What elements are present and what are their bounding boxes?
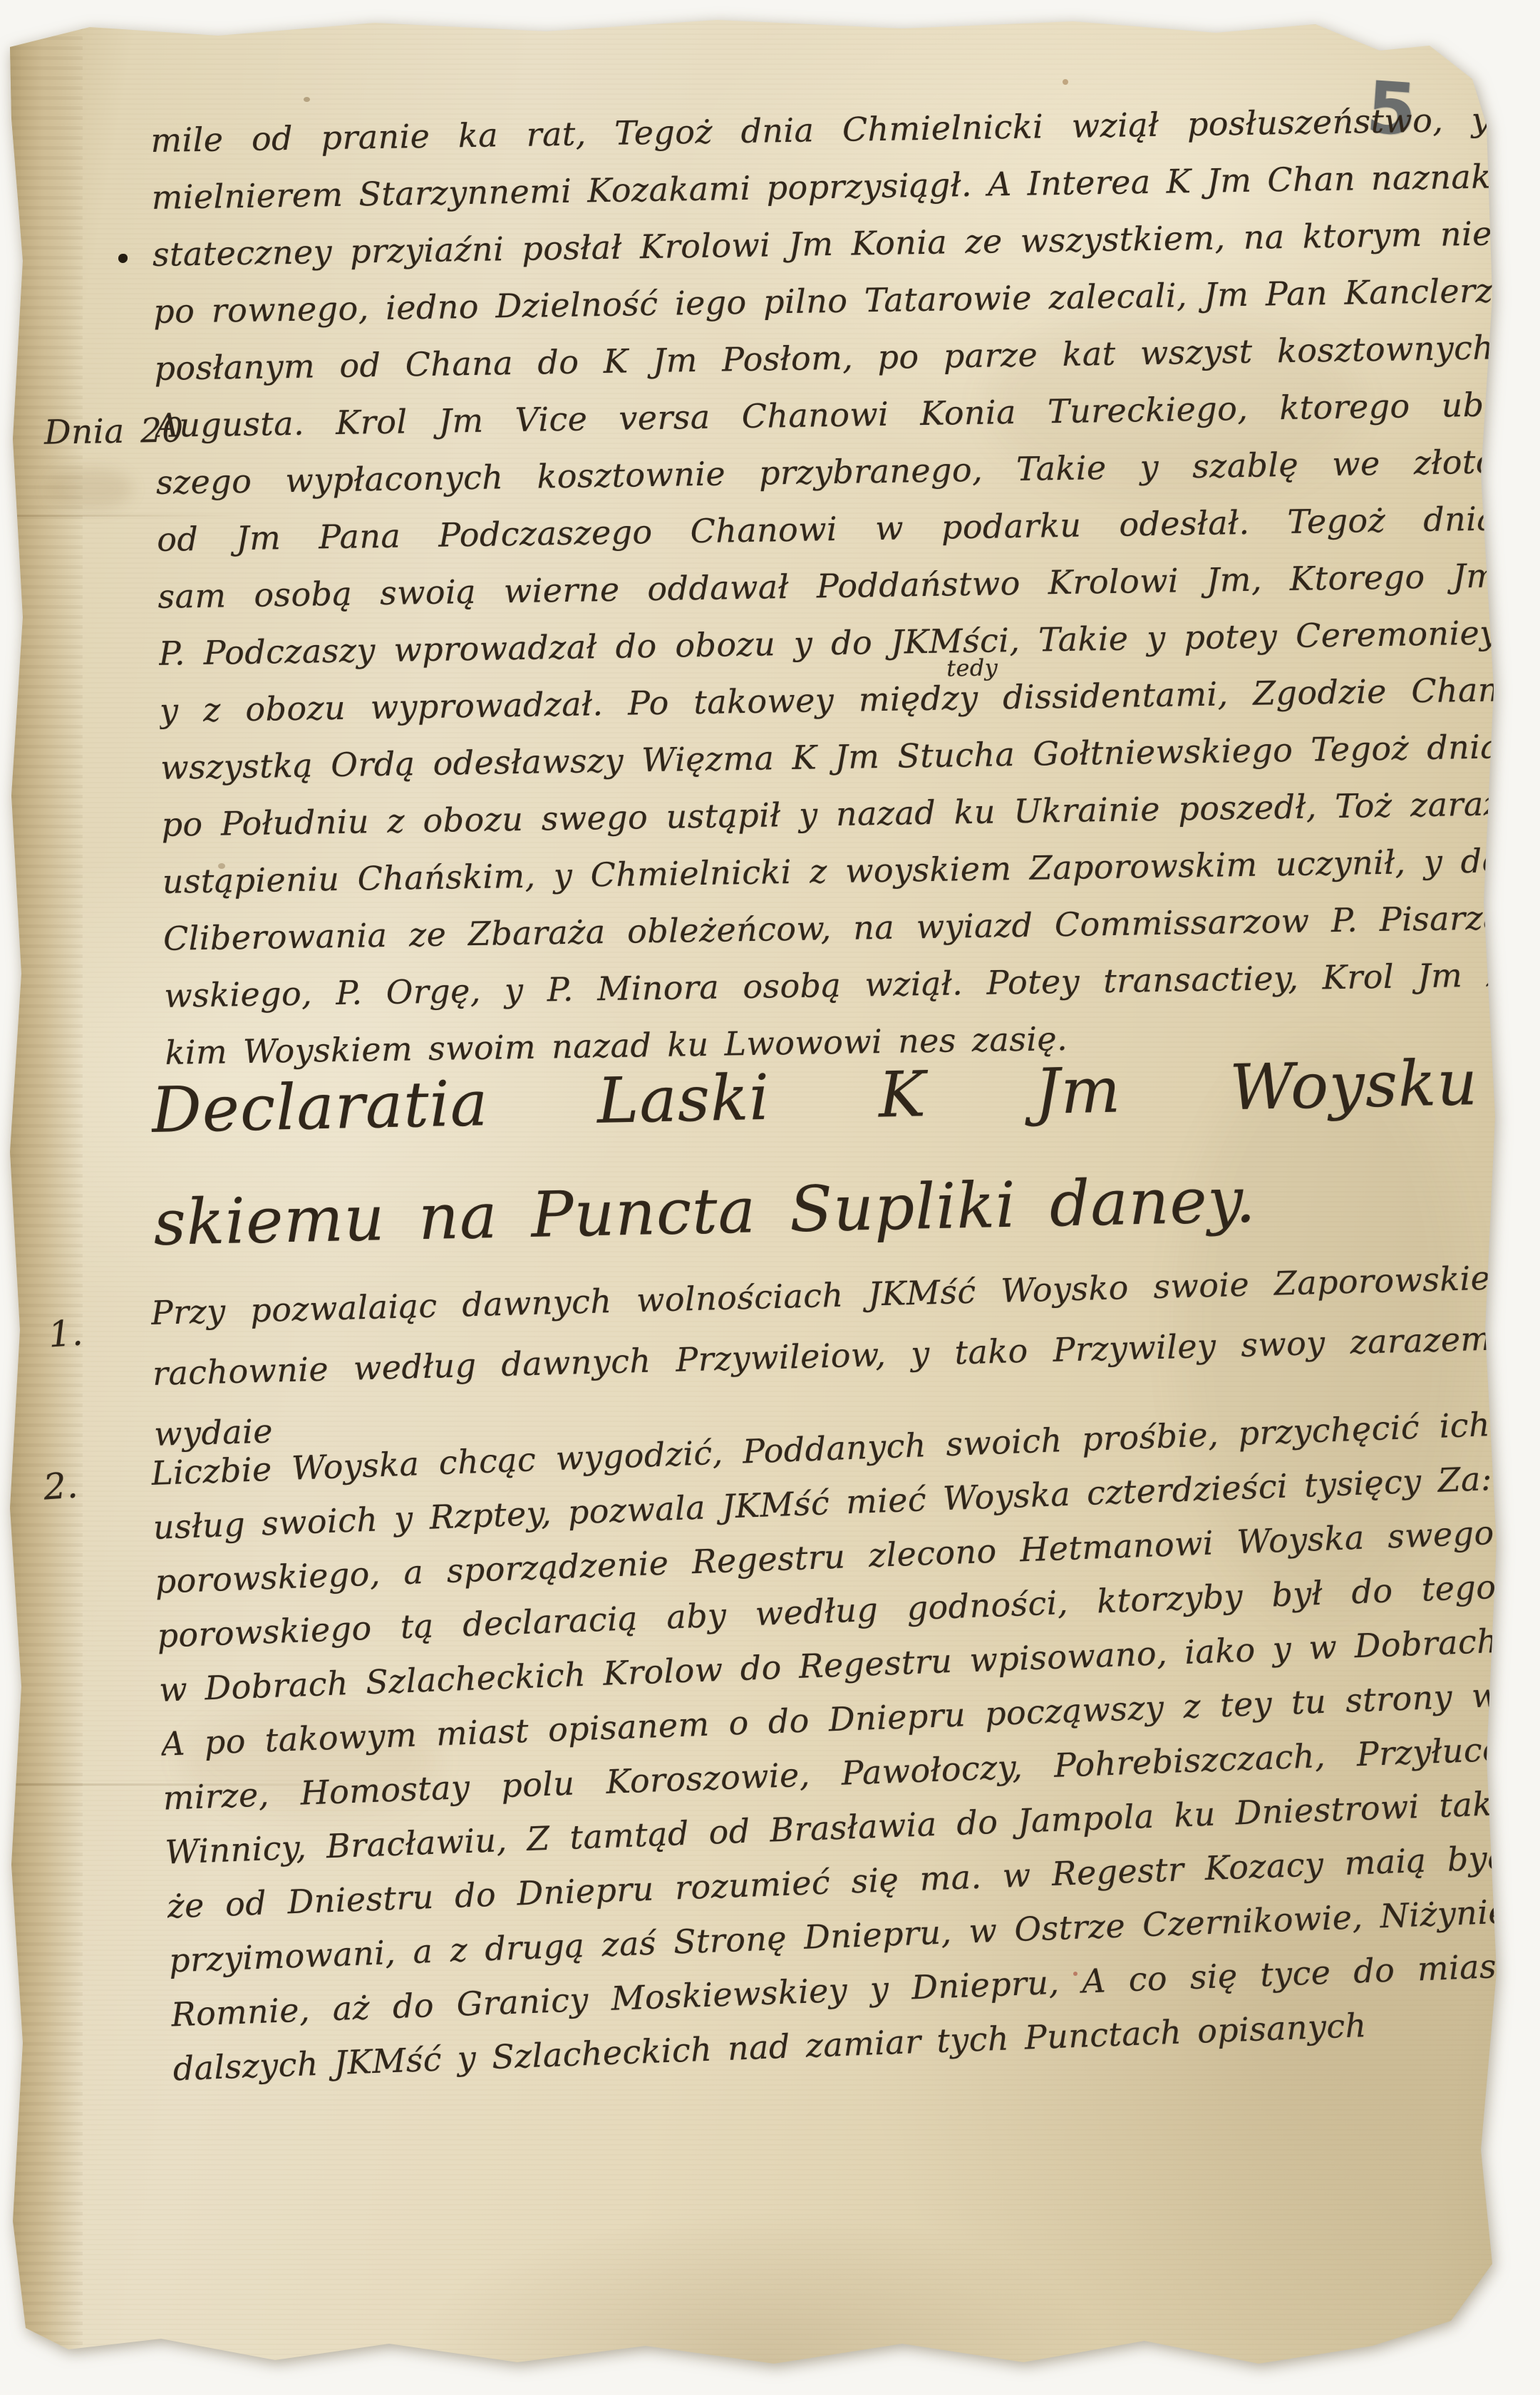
text-line: mile od pranie ka rat, Tegoż dnia Chmiel… — [150, 97, 1491, 163]
paper-speck — [304, 97, 310, 102]
item-1-marker: 1. — [47, 1312, 84, 1355]
ink-spot — [118, 254, 128, 263]
text-line: szego wypłaconych kosztownie przybranego… — [156, 439, 1497, 505]
text-line: po Południu z obozu swego ustąpił y naza… — [161, 781, 1502, 847]
paper-sheet: 5 Dnia 20 mile od pranie ka rat, Tegoż d… — [4, 11, 1516, 2385]
text-line: P. Podczaszy wprowadzał do obozu y do JK… — [158, 610, 1499, 676]
manuscript-page: 5 Dnia 20 mile od pranie ka rat, Tegoż d… — [4, 11, 1516, 2385]
section-heading-line-2: skiemu na Puncta Supliki daney. — [153, 1153, 1481, 1266]
text-line: wszystką Ordą odesławszy Więzma K Jm Stu… — [160, 724, 1501, 790]
text-line: Cliberowania ze Zbaraża obleżeńcow, na w… — [163, 895, 1504, 961]
paper-speck — [1063, 79, 1068, 85]
text-line: ustąpieniu Chańskim, y Chmielnicki z woy… — [162, 838, 1502, 904]
text-line: Augusta. Krol Jm Vice versa Chanowi Koni… — [155, 382, 1495, 448]
item-2-block: Liczbie Woyska chcąc wygodzić, Poddanych… — [150, 1402, 1513, 2106]
text-line: posłanym od Chana do K Jm Posłom, po par… — [154, 325, 1494, 391]
paper-stain — [47, 468, 133, 510]
text-line: po rownego, iedno Dzielność iego pilno T… — [153, 268, 1494, 334]
text-line: y z obozu wyprowadzał. Po takowey między… — [160, 667, 1500, 733]
interlinear-insertion: tedy — [946, 654, 998, 681]
text-line: sam osobą swoią wierne oddawał Poddaństw… — [157, 553, 1498, 619]
text-line: od Jm Pana Podczaszego Chanowi w podarku… — [157, 496, 1497, 562]
text-line: wskiego, P. Orgę, y P. Minora osobą wzią… — [164, 952, 1504, 1018]
binding-edge — [4, 11, 83, 2385]
text-line: mielnierem Starzynnemi Kozakami poprzysi… — [151, 154, 1492, 220]
scan-background: { "page": { "page_number": "5", "margin_… — [0, 0, 1540, 2395]
text-line: stateczney przyiaźni posłał Krolowi Jm K… — [153, 211, 1493, 277]
item-2-marker: 2. — [42, 1464, 79, 1508]
paragraph-block-1: mile od pranie ka rat, Tegoż dnia Chmiel… — [150, 97, 1506, 1130]
